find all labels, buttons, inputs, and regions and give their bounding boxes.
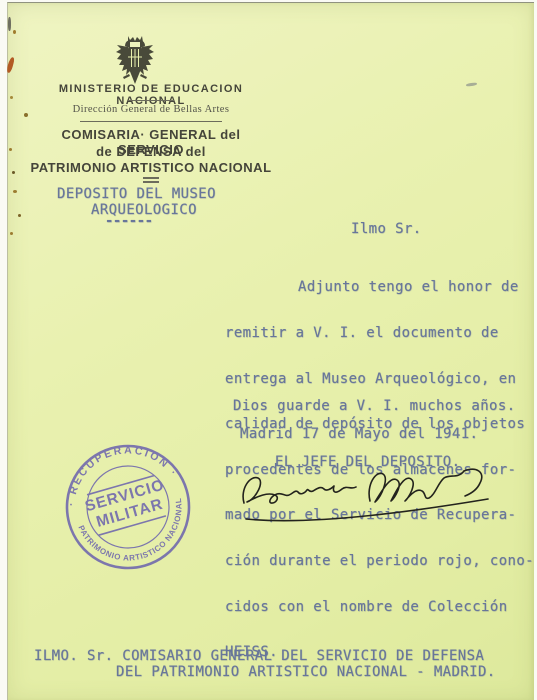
signature-name-label: Francisco Abbad xyxy=(8,3,9,4)
salutation: Ilmo Sr. xyxy=(351,221,422,237)
letterhead-double-rule xyxy=(143,181,159,183)
deposit-heading-line: DEPOSITO DEL MUSEO xyxy=(57,186,216,202)
paper-sheet: MINISTERIO DE EDUCACION NACIONAL Direcci… xyxy=(7,2,534,700)
deposit-heading-underline: ------ xyxy=(105,213,153,229)
dateline: Madrid 17 de Mayo del 1941. xyxy=(240,426,478,442)
scanned-letter: MINISTERIO DE EDUCACION NACIONAL Direcci… xyxy=(0,0,537,700)
body-line: remitir a V. I. el documento de xyxy=(225,326,537,341)
paper-stain xyxy=(10,232,13,235)
signature-francisco-abbad xyxy=(228,459,513,539)
body-line: cidos con el nombre de Colección xyxy=(225,600,537,615)
letterhead-rule xyxy=(128,100,174,101)
letterhead-comisaria-line: PATRIMONIO ARTISTICO NACIONAL xyxy=(28,160,274,175)
paper-stain xyxy=(466,82,477,87)
paper-stain xyxy=(9,148,12,151)
paper-stain xyxy=(13,30,16,34)
body-line: entrega al Museo Arqueológico, en xyxy=(225,372,537,387)
footer-address-line: DEL PATRIMONIO ARTISTICO NACIONAL - MADR… xyxy=(116,664,496,680)
paper-stain xyxy=(12,171,15,174)
letterhead-double-rule xyxy=(143,177,159,179)
paper-stain xyxy=(18,214,21,217)
letterhead-rule xyxy=(80,121,222,122)
letterhead-direccion: Dirección General de Bellas Artes xyxy=(28,104,274,115)
footer-address-line: ILMO. Sr. COMISARIO GENERAL DEL SERVICIO… xyxy=(34,648,484,664)
valediction: Dios guarde a V. I. muchos años. xyxy=(233,398,516,414)
coat-of-arms-eagle-icon xyxy=(114,35,156,85)
paper-stain xyxy=(13,190,17,193)
paper-stain xyxy=(8,17,11,31)
paper-stain xyxy=(10,96,13,99)
rubber-stamp-servicio-militar: · RECUPERACION · PATRIMONIO ARTISTICO NA… xyxy=(48,427,208,587)
letterhead-comisaria-line: de DEFENSA del xyxy=(28,144,274,159)
body-line: ción durante el periodo rojo, cono- xyxy=(225,554,537,569)
body-line: Adjunto tengo el honor de xyxy=(225,280,537,295)
paper-stain xyxy=(6,57,15,74)
